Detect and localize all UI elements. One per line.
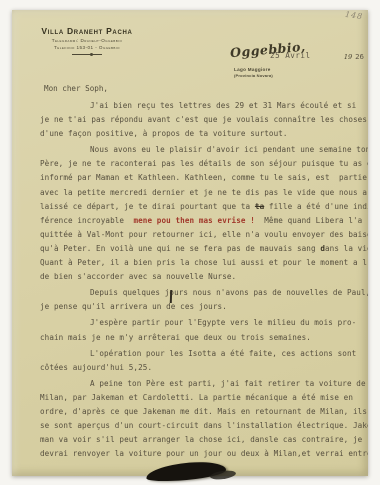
letter-line: J'ai bien reçu tes lettres des 29 et 31 … [40,99,368,113]
letter-body: J'ai bien reçu tes lettres des 29 et 31 … [40,99,368,461]
letterhead-telegram-line: Telegrammi: Draneht-Oggebbio [26,38,148,43]
letter-line: J'espère partir pour l'Egypte vers le mi… [40,316,368,330]
letter-line: Depuis quelques jours nous n'avons pas d… [40,286,368,300]
letter-line: Nous avons eu le plaisir d'avoir ici pen… [40,143,368,157]
letter-paper: 148 Villa Draneht Pacha Telegrammi: Dran… [12,10,368,476]
handwritten-page-number: 148 [344,10,363,21]
place-province: (Provincia Novara) [234,73,273,78]
letterhead-name: Villa Draneht Pacha [26,26,148,36]
letter-line: côtées aujourd'hui 5,25. [40,361,368,375]
place-region: Lago Maggiore [234,67,271,72]
letter-line: de bien s'accorder avec sa nouvelle Nurs… [40,270,368,284]
letter-line: L'opération pour les Isotta a été faite,… [40,347,368,361]
letter-line: Milan, par Jakeman et Cardoletti. La par… [40,391,368,405]
year: 1926 [344,52,364,61]
letter-line: man va voir s'il peut arranger la chose … [40,433,368,447]
letter-line: devrai renvoyer la voiture pour un jour … [40,447,368,461]
letter-line: d'une façon positive, à propos de ta voi… [40,127,368,141]
dateline: Oggebbio, 25 Avril 1926 Lago Maggiore (P… [230,40,364,80]
letterhead-divider [72,54,102,55]
letter-line: laissé ce départ, je te dirai pourtant q… [40,200,368,214]
letter-line: informé par Maman et Kathleen. Kathleen,… [40,171,368,185]
letter-line: Père, je ne te raconterai pas les détail… [40,157,368,171]
letterhead: Villa Draneht Pacha Telegrammi: Draneht-… [26,26,148,55]
letter-line: qu'à Peter. En voilà une qui ne se fera … [40,242,368,256]
letter-line: quittée à Val-Mont pour retourner ici, e… [40,228,368,242]
letter-line: ordre, d'après ce que Jakeman me dit. Ma… [40,405,368,419]
letter-line: je ne t'ai pas répondu avant c'est que j… [40,113,368,127]
letterhead-phone-line: Telefono 153-01 - Oggebbio [26,45,148,50]
year-typed: 26 [355,52,364,61]
letter-line: A peine ton Père est parti, j'ai fait re… [40,377,368,391]
typed-date: 25 Avril [270,51,311,60]
salutation: Mon cher Soph, [44,84,108,93]
letter-line: chain mais je ne m'y arrêterai que deux … [40,331,368,345]
year-printed: 19 [344,53,352,61]
letter-line: avec la petite mercredi dernier et je ne… [40,186,368,200]
letter-line: férence incroyable mene pou then mas evr… [40,214,368,228]
letter-line: Quant à Peter, il a bien pris la chose l… [40,256,368,270]
letter-line: je pense qu'il arrivera un de ces jours. [40,300,368,314]
letter-line: se sont aperçus d'un court-circuit dans … [40,419,368,433]
